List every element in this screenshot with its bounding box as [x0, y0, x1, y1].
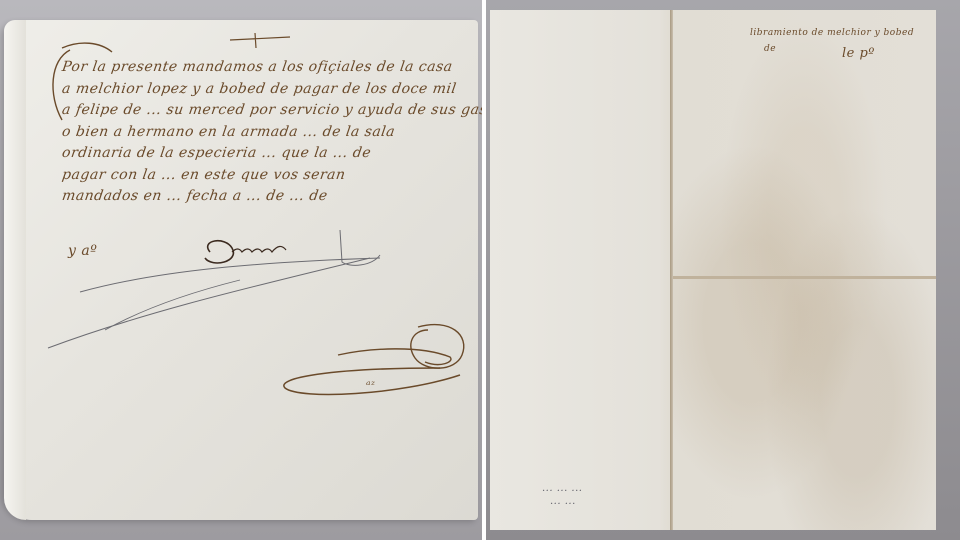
vertical-fold — [670, 10, 673, 530]
bottom-note: ... ... — [550, 496, 576, 507]
letter-back-sheet — [490, 10, 936, 530]
back-photo: libramiento de melchior y bobed de le pº… — [486, 0, 960, 540]
address-line: de — [764, 44, 776, 54]
address-line: le pº — [842, 46, 875, 61]
horizontal-fold — [673, 276, 936, 279]
signature-mark: ᵃᶻ — [366, 378, 375, 392]
front-photo: Por la presente mandamos a los ofiçiales… — [0, 0, 482, 540]
signature-flourishes — [0, 0, 482, 540]
address-line: libramiento de melchior y bobed — [750, 28, 914, 38]
paper-stains — [673, 10, 936, 530]
bottom-note: ... ... ... — [542, 483, 582, 494]
